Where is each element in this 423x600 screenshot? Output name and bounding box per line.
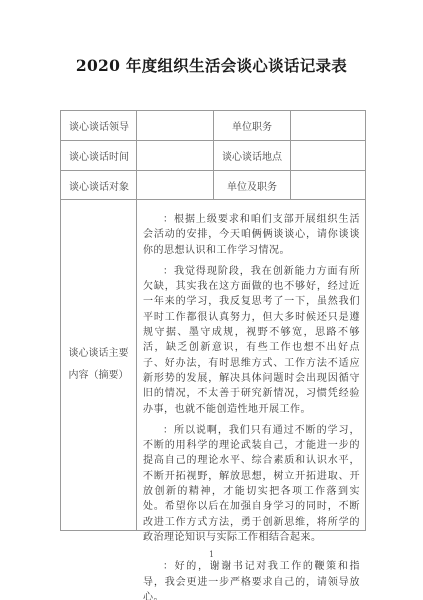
label-position: 单位职务	[214, 111, 291, 140]
field-leader[interactable]	[137, 111, 214, 140]
field-position[interactable]	[291, 111, 366, 140]
paragraph-4: ：好的，谢谢书记对我工作的鞭策和指导，我会更进一步严格要求自己的，请领导放心。	[143, 559, 360, 600]
field-subject[interactable]	[137, 171, 214, 199]
field-unit-position[interactable]	[291, 171, 366, 199]
table-row-content: 谈心谈话主要 内容（摘要） ：根据上级要求和咱们支部开展组织生活会活动的安排，今…	[61, 200, 365, 530]
field-location[interactable]	[291, 141, 366, 170]
label-content-summary: 谈心谈话主要 内容（摘要）	[61, 200, 137, 530]
table-row-leader: 谈心谈话领导 单位职务	[61, 111, 365, 141]
label-leader: 谈心谈话领导	[61, 111, 137, 140]
label-location: 谈心谈话地点	[214, 141, 291, 170]
document-title: 2020 年度组织生活会谈心谈话记录表	[0, 54, 423, 76]
label-time: 谈心谈话时间	[61, 141, 137, 170]
label-content-line2: 内容（摘要）	[69, 365, 129, 387]
paragraph-3: ：所以说啊，我们只有通过不断的学习，不断的用科学的理论武装自己，才能进一步的提高…	[143, 423, 360, 545]
table-row-time: 谈心谈话时间 谈心谈话地点	[61, 141, 365, 171]
label-subject: 谈心谈话对象	[61, 171, 137, 199]
talk-record-table: 谈心谈话领导 单位职务 谈心谈话时间 谈心谈话地点 谈心谈话对象 单位及职务 谈…	[60, 110, 366, 531]
content-summary-text[interactable]: ：根据上级要求和咱们支部开展组织生活会活动的安排，今天咱俩俩谈谈心，请你谈谈你的…	[137, 200, 366, 530]
paragraph-1: ：根据上级要求和咱们支部开展组织生活会活动的安排，今天咱俩俩谈谈心，请你谈谈你的…	[143, 212, 360, 258]
label-unit-position: 单位及职务	[214, 171, 291, 199]
table-row-subject: 谈心谈话对象 单位及职务	[61, 171, 365, 200]
label-content-line1: 谈心谈话主要	[69, 343, 129, 365]
page-number: 1	[0, 550, 423, 559]
paragraph-2: ：我觉得现阶段，我在创新能力方面有所欠缺，其实我在这方面做的也不够好，经过近一年…	[143, 264, 360, 417]
field-time[interactable]	[137, 141, 214, 170]
